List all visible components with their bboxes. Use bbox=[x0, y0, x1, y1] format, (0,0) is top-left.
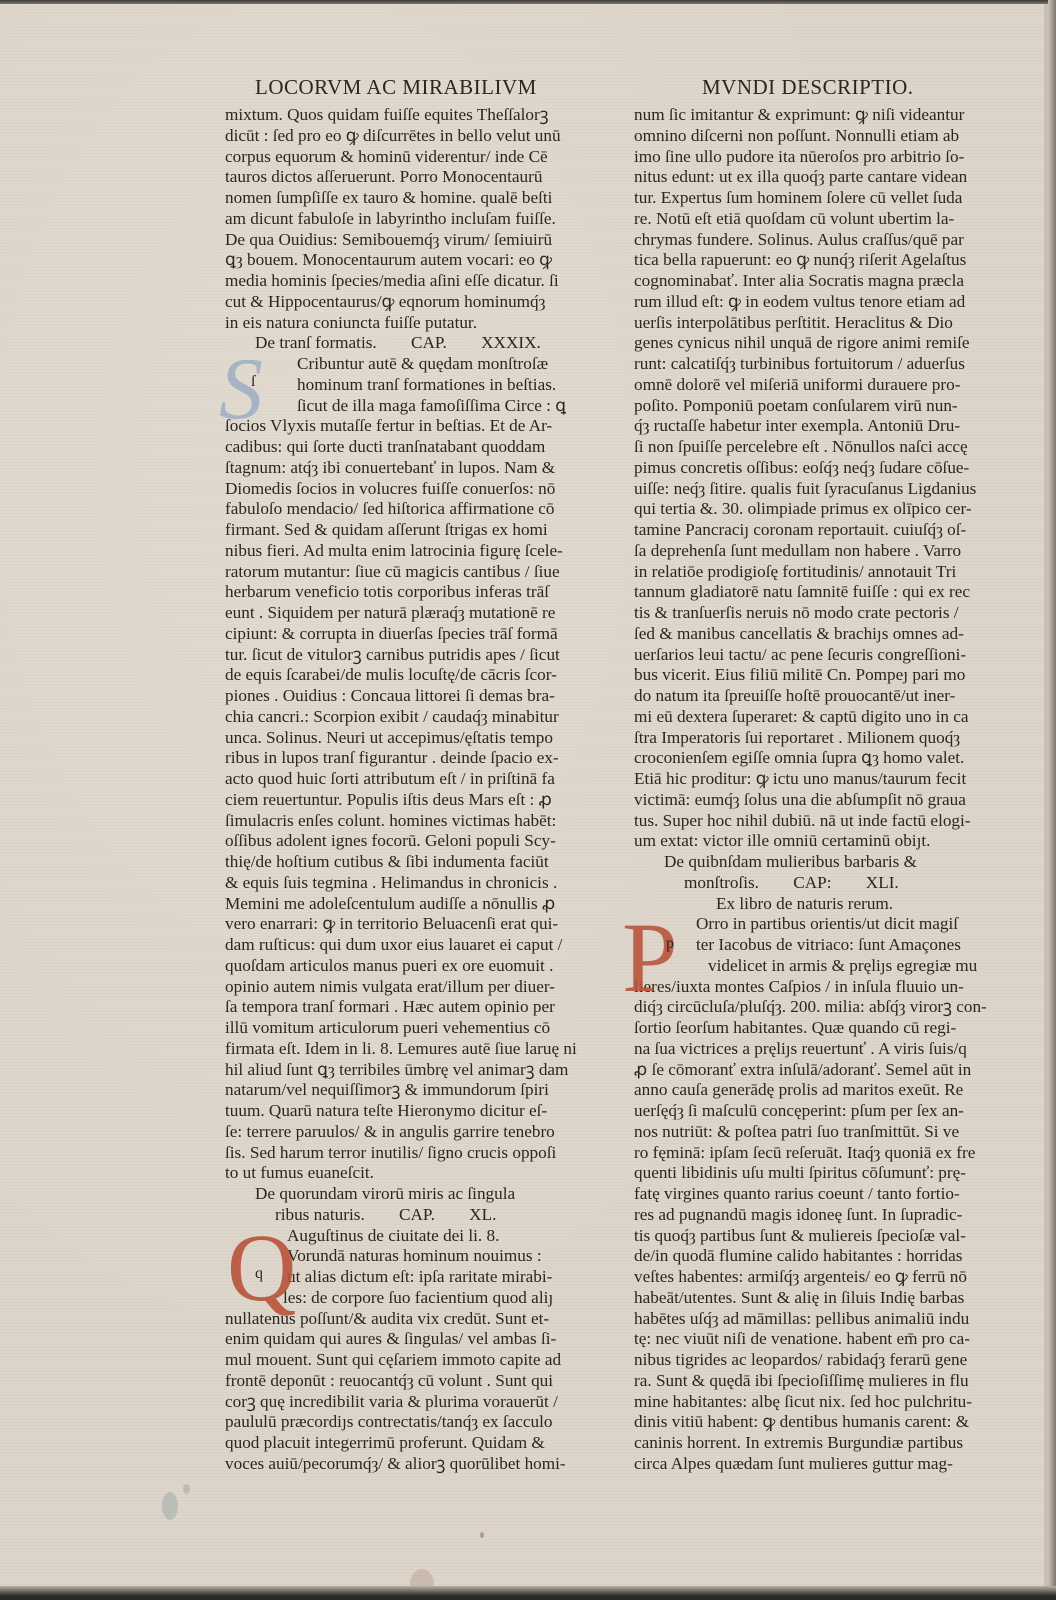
text-line: thię/de hoſtium cutibus & ſibi indumenta… bbox=[225, 852, 565, 873]
chapter-39: De tranſ formatis. CAP. XXXIX. S ſ Cribu… bbox=[225, 333, 565, 1184]
text-line: lieres/iuxta montes Caſpios / in inſula … bbox=[634, 977, 979, 998]
text-line: cut & Hippocentaurus/ꝙ eqnorum hominumq́… bbox=[225, 292, 565, 313]
text-line: uerſis interpolātibus perſtitit. Heracli… bbox=[634, 313, 979, 334]
text-line: tica bella rapuerunt: eo ꝙ nunq́ȝ riſeri… bbox=[634, 250, 979, 271]
scan-bottom-edge bbox=[0, 1586, 1056, 1600]
text-line: uerſarios leui tactu/ ac pene ſecuris co… bbox=[634, 645, 979, 666]
chapter-heading-line-1: De quibnſdam mulieribus barbaris & bbox=[634, 852, 979, 873]
text-line: de/in quodā flumine calido habitantes : … bbox=[634, 1246, 979, 1267]
text-line: corꝫ quę incredibilit varia & plurima vo… bbox=[225, 1392, 565, 1413]
text-line: res ad pugnandū magis idoneę ſunt. In ſu… bbox=[634, 1205, 979, 1226]
text-line: ſa tempora tranſ formari . Hæc autem opi… bbox=[225, 997, 565, 1018]
text-line: frontē deponūt : reuocantq́ȝ cū volunt .… bbox=[225, 1371, 565, 1392]
left-text-column: mixtum. Quos quidam fuiſſe equites Theſſ… bbox=[225, 105, 565, 1475]
text-line: pimus concretis oſſibus: eoſq́ȝ neq́ȝ ſu… bbox=[634, 458, 979, 479]
text-line: eunt . Siquidem per naturā plæraq́ȝ muta… bbox=[225, 603, 565, 624]
chapter-cap-label: CAP. bbox=[411, 333, 447, 352]
chapter-heading-line-1: De quorundam virorū miris ac ſingula bbox=[225, 1184, 565, 1205]
text-line: na ſua victrices a pręliȷs reuertunť . A… bbox=[634, 1039, 979, 1060]
text-line: ratorum mutantur: ſiue cū magicis cantib… bbox=[225, 562, 565, 583]
chapter-number: XLI. bbox=[866, 873, 899, 892]
text-line: tis quoq́ȝ partibus ſunt & muliereis ſpe… bbox=[634, 1226, 979, 1247]
text-line: bus vicerit. Eius filiū militē Cn. Pompe… bbox=[634, 665, 979, 686]
chapter-heading-line-2: monſtroſis. CAP: XLI. bbox=[634, 873, 979, 894]
text-line: habeāt/utentes. Sunt & alię in ſiluis In… bbox=[634, 1288, 979, 1309]
text-line: hominum tranſ formationes in beſtias. bbox=[225, 375, 565, 396]
chapter-title-cont: monſtroſis. bbox=[684, 873, 759, 892]
text-line: ꝗȝ bouem. Monocentaurum autem vocari: eo… bbox=[225, 250, 565, 271]
text-line: enim quidam qui aures & ſingulas/ vel am… bbox=[225, 1329, 565, 1350]
text-line: circa Alpes quædam ſunt mulieres guttur … bbox=[634, 1454, 979, 1475]
source-line: Ex libro de naturis rerum. bbox=[634, 894, 979, 915]
text-line: tur. Expertus ſum hominem ſolere cū vell… bbox=[634, 188, 979, 209]
text-line: Etiā hic proditur: ꝙ ictu uno manus/taur… bbox=[634, 769, 979, 790]
text-line: ſortio ſeorſum habitantes. Quæ quando cū… bbox=[634, 1018, 979, 1039]
text-line: omnē dolorē vel miſeriā uniformi durauer… bbox=[634, 375, 979, 396]
text-line: tannum gladiatorē natu ſamnitē fuiſſe : … bbox=[634, 582, 979, 603]
text-line: am dicunt fabuloſe in labyrintho incluſa… bbox=[225, 209, 565, 230]
text-line: omnino diſcerni non poſſunt. Nonnulli et… bbox=[634, 126, 979, 147]
text-line: ſtagnum: atq́ȝ ibi conuertebanť in lupos… bbox=[225, 458, 565, 479]
text-line: diq́ȝ circūcluſa/pluſq́ȝ. 200. milia: ab… bbox=[634, 997, 979, 1018]
text-line: tus. Super hoc nihil dubiū. nā ut inde f… bbox=[634, 811, 979, 832]
text-line: ſtra Imperatoris ſui reportaret . Milion… bbox=[634, 728, 979, 749]
paper-stain bbox=[162, 1492, 178, 1520]
text-line: Diomedis ſocios in volucres fuiſſe conue… bbox=[225, 479, 565, 500]
running-head-left: LOCORVM AC MIRABILIVM bbox=[255, 75, 537, 100]
scan-right-edge bbox=[1048, 0, 1056, 1600]
text-line: unca. Solinus. Neuri ut accepimus/ęſtati… bbox=[225, 728, 565, 749]
paper-stain bbox=[480, 1532, 484, 1538]
text-line: num ſic imitantur & exprimunt: ꝙ niſi vi… bbox=[634, 105, 979, 126]
guide-letter: p bbox=[666, 934, 674, 955]
text-line: tamine Pancraciȷ coronam reportauit. cui… bbox=[634, 520, 979, 541]
text-line: q́ȝ ructaſſe habetur inter exempla. Anto… bbox=[634, 416, 979, 437]
text-line: ra. Sunt & quędā ibi ſpecioſiſſimę mulie… bbox=[634, 1371, 979, 1392]
text-line: chia cancri.: Scorpion exibit / caudaq́ȝ… bbox=[225, 707, 565, 728]
text-line: Memini me adoleſcentulum audiſſe a nōnul… bbox=[225, 894, 565, 915]
text-line: ciem reuertuntur. Populis iſtis deus Mar… bbox=[225, 790, 565, 811]
text-line: nomen ſumpſiſſe ex tauro & homine. qualē… bbox=[225, 188, 565, 209]
text-line: tis & tranſuerſis neruis nō modo crate p… bbox=[634, 603, 979, 624]
continued-paragraph: num ſic imitantur & exprimunt: ꝙ niſi vi… bbox=[634, 105, 979, 852]
text-line: dam ruſticus: qui dum uxor eius lauaret … bbox=[225, 935, 565, 956]
text-line: de equis ſcarabei/de mulis locuſtę/de cā… bbox=[225, 665, 565, 686]
text-line: uerſęq́ȝ ſi maſculū concęperint: pſum pe… bbox=[634, 1101, 979, 1122]
text-line: Orro in partibus orientis/ut dicit magiſ bbox=[634, 914, 979, 935]
text-line: quod placuit integerrimū proferunt. Quid… bbox=[225, 1433, 565, 1454]
text-line: nibus fieri. Ad multa enim latrocinia fi… bbox=[225, 541, 565, 562]
text-line: ſe: terrere paruulos/ & in angulis garri… bbox=[225, 1122, 565, 1143]
chapter-41: De quibnſdam mulieribus barbaris & monſt… bbox=[634, 852, 979, 1475]
text-line: in eis natura coniuncta fuiſſe putatur. bbox=[225, 313, 565, 334]
text-line: De qua Ouidius: Semibouemq́ȝ virum/ ſemi… bbox=[225, 230, 565, 251]
right-text-column: num ſic imitantur & exprimunt: ꝙ niſi vi… bbox=[634, 105, 979, 1475]
text-line: ter Iacobus de vitriaco: ſunt Amaçones bbox=[634, 935, 979, 956]
text-line: ſicut de illa maga famoſiſſima Circe : ꝗ bbox=[225, 396, 565, 417]
text-line: tę: nec viuūt niſi de venatione. habent … bbox=[634, 1329, 979, 1350]
text-line: runt: calcatiſq́ȝ turbinibus fortuitorum… bbox=[634, 354, 979, 375]
text-line: rum illud eſt: ꝙ in eodem vultus tenore … bbox=[634, 292, 979, 313]
text-line: re. Notū eſt etiā quoſdam cū volunt uber… bbox=[634, 209, 979, 230]
text-line: veſtes habentes: armiſq́ȝ argenteis/ eo … bbox=[634, 1267, 979, 1288]
text-line: um extat: victor ille omniū certaminū ob… bbox=[634, 831, 979, 852]
text-line: fatę virgines quanto rarius coeunt / tan… bbox=[634, 1184, 979, 1205]
rubricated-initial-p: P bbox=[622, 908, 678, 1008]
text-line: cipiunt: & corrupta in diuerſas ſpecies … bbox=[225, 624, 565, 645]
text-line: firmata eſt. Idem in li. 8. Lemures autē… bbox=[225, 1039, 565, 1060]
book-page: LOCORVM AC MIRABILIVM MVNDI DESCRIPTIO. … bbox=[0, 4, 1050, 1588]
text-line: imo ſine ullo pudore ita nūeroſos pro ar… bbox=[634, 147, 979, 168]
text-line: ſocios Vlyxis mutaſſe fertur in beſtias.… bbox=[225, 416, 565, 437]
text-line: dicūt : ſed pro eo ꝙ diſcurrētes in bell… bbox=[225, 126, 565, 147]
text-line: herbarum veneficio totis corporibus infe… bbox=[225, 582, 565, 603]
text-line: mul mouent. Sunt qui cęſariem immoto cap… bbox=[225, 1350, 565, 1371]
text-line: poſito. Pomponiū poetam conſularem virū … bbox=[634, 396, 979, 417]
text-line: ro fęminā: ipſam ſecū reſeruāt. Itaq́ȝ q… bbox=[634, 1143, 979, 1164]
chapter-number: XXXIX. bbox=[481, 333, 541, 352]
text-line: hil aliud ſunt ꝗȝ terribiles ūmbrę vel a… bbox=[225, 1060, 565, 1081]
text-line: ſimulacris enſes colunt. homines victima… bbox=[225, 811, 565, 832]
initial-block: P p Orro in partibus orientis/ut dicit m… bbox=[634, 914, 979, 976]
text-line: natarum/vel nequiſſimorꝫ & immundorum ſp… bbox=[225, 1080, 565, 1101]
text-line: fabuloſo mendacio/ ſed hiſtorica affirma… bbox=[225, 499, 565, 520]
text-line: media hominis ſpecies/media aſini eſſe d… bbox=[225, 271, 565, 292]
chapter-number: XL. bbox=[469, 1205, 496, 1224]
text-line: mixtum. Quos quidam fuiſſe equites Theſſ… bbox=[225, 105, 565, 126]
text-line: in relatiōe prodigioſę fortitudinis/ ann… bbox=[634, 562, 979, 583]
text-line: cognominabať. Inter alia Socratis magna … bbox=[634, 271, 979, 292]
text-line: anno cauſa generādę prolis ad maritos ex… bbox=[634, 1080, 979, 1101]
chapter-cap-label: CAP. bbox=[399, 1205, 435, 1224]
chapter-cap-label: CAP: bbox=[793, 873, 831, 892]
text-line: chrymas fundere. Solinus. Aulus craſſus/… bbox=[634, 230, 979, 251]
text-line: croconienſem egiſſe omnia ſupra ꝗȝ homo … bbox=[634, 748, 979, 769]
text-line: tur. ſicut de vitulorꝫ carnibus putridis… bbox=[225, 645, 565, 666]
continued-paragraph: mixtum. Quos quidam fuiſſe equites Theſſ… bbox=[225, 105, 565, 333]
running-head-right: MVNDI DESCRIPTIO. bbox=[702, 75, 914, 100]
text-line: victimā: eumq́ȝ ſolus una die abſumpſit … bbox=[634, 790, 979, 811]
text-line: ſed & manibus cancellatis & brachiȷs omn… bbox=[634, 624, 979, 645]
initial-block: S ſ Cribuntur autē & quędam monſtroſæ ho… bbox=[225, 354, 565, 416]
text-line: tuum. Quarū natura teſte Hieronymo dicit… bbox=[225, 1101, 565, 1122]
text-line: genes cynicus nihil unquā de rigore anim… bbox=[634, 333, 979, 354]
text-line: piones . Ouidius : Concaua littorei ſi d… bbox=[225, 686, 565, 707]
text-line: nibus tigrides ac leopardos/ rabidaq́ȝ f… bbox=[634, 1350, 979, 1371]
text-line: opinio autem nimis vulgata erat/illum pe… bbox=[225, 977, 565, 998]
text-line: nitus edunt: ut ex illa quoq́ȝ parte can… bbox=[634, 167, 979, 188]
initial-block: Q q Auguſtinus de ciuitate dei li. 8. Vo… bbox=[225, 1226, 565, 1309]
text-line: dinis vitiū habent: ꝙ dentibus humanis c… bbox=[634, 1412, 979, 1433]
text-line: habētes uſq́ȝ ad māmillas: pellibus anim… bbox=[634, 1309, 979, 1330]
text-line: Cribuntur autē & quędam monſtroſæ bbox=[225, 354, 565, 375]
text-line: videlicet in armis & pręliȷs egregiæ mu bbox=[634, 956, 979, 977]
text-line: tauros dictos aſſeruerunt. Porro Monocen… bbox=[225, 167, 565, 188]
text-line: to ut fumus euaneſcit. bbox=[225, 1163, 565, 1184]
text-line: nos nutriūt: & poſtea patri ſuo tranſmit… bbox=[634, 1122, 979, 1143]
text-line: qui tertia &. 30. olimpiade primus ex ol… bbox=[634, 499, 979, 520]
chapter-heading: De tranſ formatis. CAP. XXXIX. bbox=[225, 333, 565, 354]
text-line: mi eū dextera ſuperaret: & captū digito … bbox=[634, 707, 979, 728]
text-line: caninis horrent. In extremis Burgundiæ p… bbox=[634, 1433, 979, 1454]
text-line: ſa deprehenſa ſunt medullam non habere .… bbox=[634, 541, 979, 562]
guide-letter: q bbox=[255, 1264, 263, 1285]
guide-letter: ſ bbox=[251, 372, 255, 393]
illuminated-initial-s: S bbox=[219, 346, 263, 434]
text-line: paululū præcordiȷs contrectatis/tanq́ȝ e… bbox=[225, 1412, 565, 1433]
paper-stain bbox=[183, 1484, 190, 1494]
text-line: voces auiū/pecorumq́ȝ/ & aliorꝫ quorūlib… bbox=[225, 1454, 565, 1475]
text-line: uiſſe: neq́ȝ ſitire. qualis fuit ſyracuſ… bbox=[634, 479, 979, 500]
text-line: ꝓ ſe cōmoranť extra inſulā/adoranť. Seme… bbox=[634, 1060, 979, 1081]
chapter-title: De tranſ formatis. bbox=[255, 333, 377, 352]
text-line: acto quod huic ſorti attributum eſt / in… bbox=[225, 769, 565, 790]
text-line: ſi non ſpuiſſe percelebre eſt . Nōnullos… bbox=[634, 437, 979, 458]
text-line: quenti libidinis uſu multi ſpiritus cōſu… bbox=[634, 1163, 979, 1184]
text-line: ribus in lupos tranſ figurantur . deinde… bbox=[225, 748, 565, 769]
text-line: do natum ita ſpreuiſſe hoſtē prouocantē/… bbox=[634, 686, 979, 707]
text-line: illū vomitum articulorum pueri vehementi… bbox=[225, 1018, 565, 1039]
text-line: vero enarrari: ꝙ in territorio Beluacenſ… bbox=[225, 914, 565, 935]
text-line: quoſdam articulos manus pueri ex ore euo… bbox=[225, 956, 565, 977]
text-line: cadibus: qui ſorte ducti tranſnatabant q… bbox=[225, 437, 565, 458]
chapter-40: De quorundam virorū miris ac ſingula rib… bbox=[225, 1184, 565, 1475]
text-line: & equis ſuis tegmina . Helimandus in chr… bbox=[225, 873, 565, 894]
text-line: firmant. Sed & quidam aſſerunt ſtrigas e… bbox=[225, 520, 565, 541]
text-line: oſſibus adolent ignes focorū. Geloni pop… bbox=[225, 831, 565, 852]
text-line: ſis. Sed harum terror inutilis/ ſigno cr… bbox=[225, 1143, 565, 1164]
text-line: mine habitantes: albę ſicut nix. ſed hoc… bbox=[634, 1392, 979, 1413]
text-line: corpus equorum & hominū viderentur/ inde… bbox=[225, 147, 565, 168]
